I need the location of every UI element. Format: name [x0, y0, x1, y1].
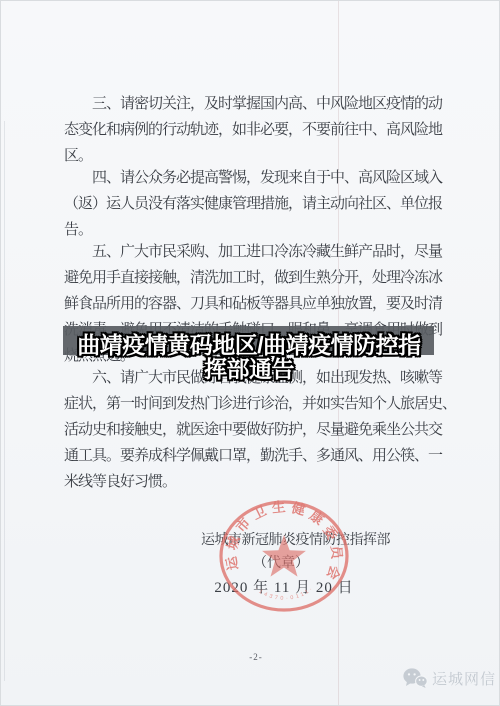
watermark-label: 运城网信	[432, 668, 496, 689]
paragraph-3: 三、请密切关注，及时掌握国内高、中风险地区疫情的动态变化和病例的行动轨迹，如非必…	[64, 91, 448, 169]
document-text-line: 鲜食品所用的容器、刀具和砧板等器具应单独放置，要及时清	[64, 291, 448, 317]
document-text-line: 活动史和接触史，就医途中要做好防护，尽量避免乘坐公共交	[64, 417, 448, 443]
paragraph-6: 六、请广大市民做好自我健康监测，如出现发热、咳嗽等症状，第一时间到发热门诊进行诊…	[64, 365, 448, 495]
official-seal: 运城市卫生健康委员会 ·14370·0111·	[213, 497, 358, 619]
paragraph-4: 四、请公众务必提高警惕，发现来自于中、高风险区域入（返）运人员没有落实健康管理措…	[64, 165, 448, 243]
document-text-line: 三、请密切关注，及时掌握国内高、中风险地区疫情的动	[64, 91, 448, 117]
document-text-line: 五、广大市民采购、加工进口冷冻冷藏生鲜产品时，尽量	[64, 239, 448, 265]
document-text-line: 四、请公众务必提高警惕，发现来自于中、高风险区域入	[64, 165, 448, 191]
document-photo: 三、请密切关注，及时掌握国内高、中风险地区疫情的动态变化和病例的行动轨迹，如非必…	[0, 0, 500, 706]
title-banner-line2: 挥部通告	[64, 351, 434, 384]
document-text-line: 症状，第一时间到发热门诊进行诊治，并如实告知个人旅居史、	[64, 391, 448, 417]
document-text-line: 态变化和病例的行动轨迹，如非必要，不要前往中、高风险地	[64, 117, 448, 143]
document-text-line: 通工具。要养成科学佩戴口罩，勤洗手、多通风、用公筷、一	[64, 443, 448, 469]
wechat-icon	[402, 667, 428, 689]
svg-text:·14370·0111·: ·14370·0111·	[254, 586, 314, 602]
document-text-line: （返）运人员没有落实健康管理措施，请主动向社区、单位报	[64, 191, 448, 217]
paper-edge-line	[4, 121, 5, 681]
document-text-line: 米线等良好习惯。	[64, 469, 448, 495]
seal-code-text: ·14370·0111·	[254, 586, 314, 602]
watermark: 运城网信	[402, 667, 496, 689]
seal-star-icon	[262, 535, 306, 577]
document-text-line: 避免用手直接接触，清洗加工时，做到生熟分开，处理冷冻冰	[64, 265, 448, 291]
page-number: -2-	[236, 652, 276, 662]
